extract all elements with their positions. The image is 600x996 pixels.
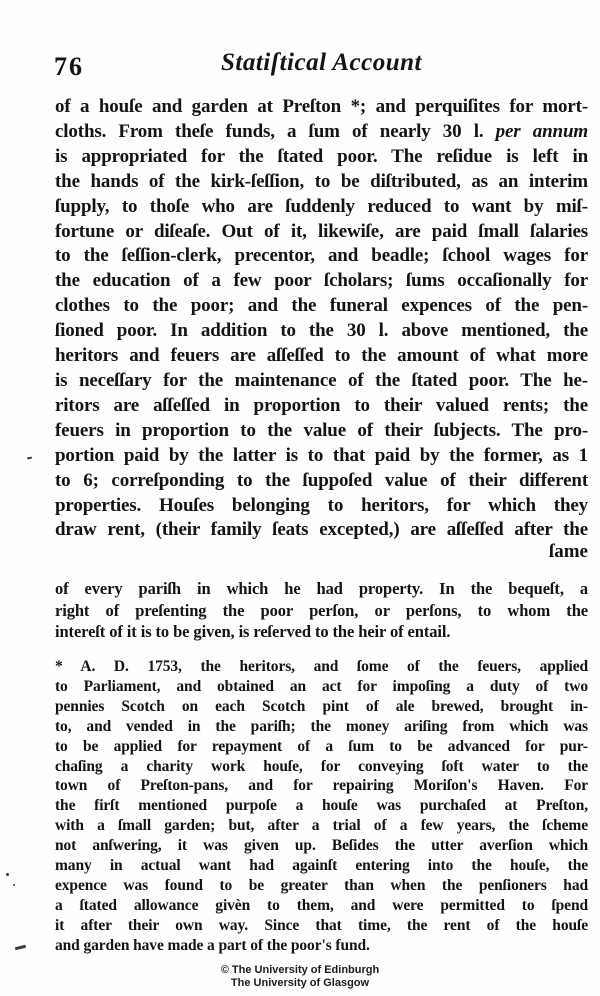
text-line: it after their own way. Since that time,… [55, 916, 588, 936]
text-line: of every pariſh in which he had property… [55, 578, 588, 600]
text-line: many in actual want had againſt entering… [55, 856, 588, 876]
ink-speck [6, 873, 9, 876]
footnote-paragraph: * A. D. 1753, the heritors, and ſome of … [55, 657, 588, 956]
text-line: town of Preſton-pans, and for repairing … [55, 776, 588, 796]
text-line: ritors are aſſeſſed in proportion to the… [55, 394, 588, 419]
ink-speck [13, 884, 15, 886]
text-line: the hands of the kirk-ſeſſion, to be diſ… [55, 170, 588, 195]
text-line: properties. Houſes belonging to heritors… [55, 494, 588, 519]
text-line: is neceſſary for the maintenance of the … [55, 369, 588, 394]
text-line: to the ſeſſion-clerk, precentor, and bea… [55, 244, 588, 269]
footnote-continuation-paragraph: of every pariſh in which he had property… [55, 578, 588, 643]
text-line: * A. D. 1753, the heritors, and ſome of … [55, 657, 588, 677]
text-line: heritors and feuers are aſſeſſed to the … [55, 344, 588, 369]
copyright-line-1: © The University of Edinburgh [0, 964, 600, 977]
copyright-line-2: The University of Glasgow [0, 977, 600, 990]
text-line: feuers in proportion to the value of the… [55, 419, 588, 444]
text-line: and garden have made a part of the poor'… [55, 936, 588, 956]
text-line: draw rent, (their family ſeats excepted,… [55, 518, 588, 543]
main-text-paragraph: of a houſe and garden at Preſton *; and … [55, 95, 588, 543]
text-line: to, and vended in the pariſh; the money … [55, 717, 588, 737]
text-line: with a ſmall garden; but, after a trial … [55, 816, 588, 836]
text-line: a ſtated allowance givèn to them, and we… [55, 896, 588, 916]
text-line: right of preſenting the poor perſon, or … [55, 600, 588, 622]
running-title: Statiſtical Account [55, 49, 588, 77]
text-line: portion paid by the latter is to that pa… [55, 444, 588, 469]
text-line: the firſt mentioned purpoſe a houſe was … [55, 796, 588, 816]
ink-speck [15, 945, 26, 951]
text-line: pennies Scotch on each Scotch pint of al… [55, 697, 588, 717]
text-line: intereſt of it is to be given, is reſerv… [55, 621, 588, 643]
text-line: not anſwering, it was given up. Beſides … [55, 836, 588, 856]
book-page-scan: 76 Statiſtical Account of a houſe and ga… [0, 0, 600, 996]
text-line: fortune or diſeaſe. Out of it, likewiſe,… [55, 220, 588, 245]
text-line: to be applied for repayment of a ſum to … [55, 737, 588, 757]
text-line: of a houſe and garden at Preſton *; and … [55, 95, 588, 120]
ink-speck [27, 457, 32, 460]
text-line: cloths. From theſe funds, a ſum of nearl… [55, 120, 588, 145]
copyright-footer: © The University of Edinburgh The Univer… [0, 964, 600, 990]
text-line: expence was found to be greater than whe… [55, 876, 588, 896]
text-line: ſupply, to thoſe who are ſuddenly reduce… [55, 195, 588, 220]
catchword: ſame [55, 541, 588, 563]
text-line: to 6; correſponding to the ſuppoſed valu… [55, 469, 588, 494]
text-line: chaſing a charity work houſe, for convey… [55, 757, 588, 777]
text-line: the education of a few poor ſcholars; ſu… [55, 269, 588, 294]
text-line: to Parliament, and obtained an act for i… [55, 677, 588, 697]
text-line: ſioned poor. In addition to the 30 l. ab… [55, 319, 588, 344]
text-line: is appropriated for the ſtated poor. The… [55, 145, 588, 170]
text-line: clothes to the poor; and the funeral exp… [55, 294, 588, 319]
